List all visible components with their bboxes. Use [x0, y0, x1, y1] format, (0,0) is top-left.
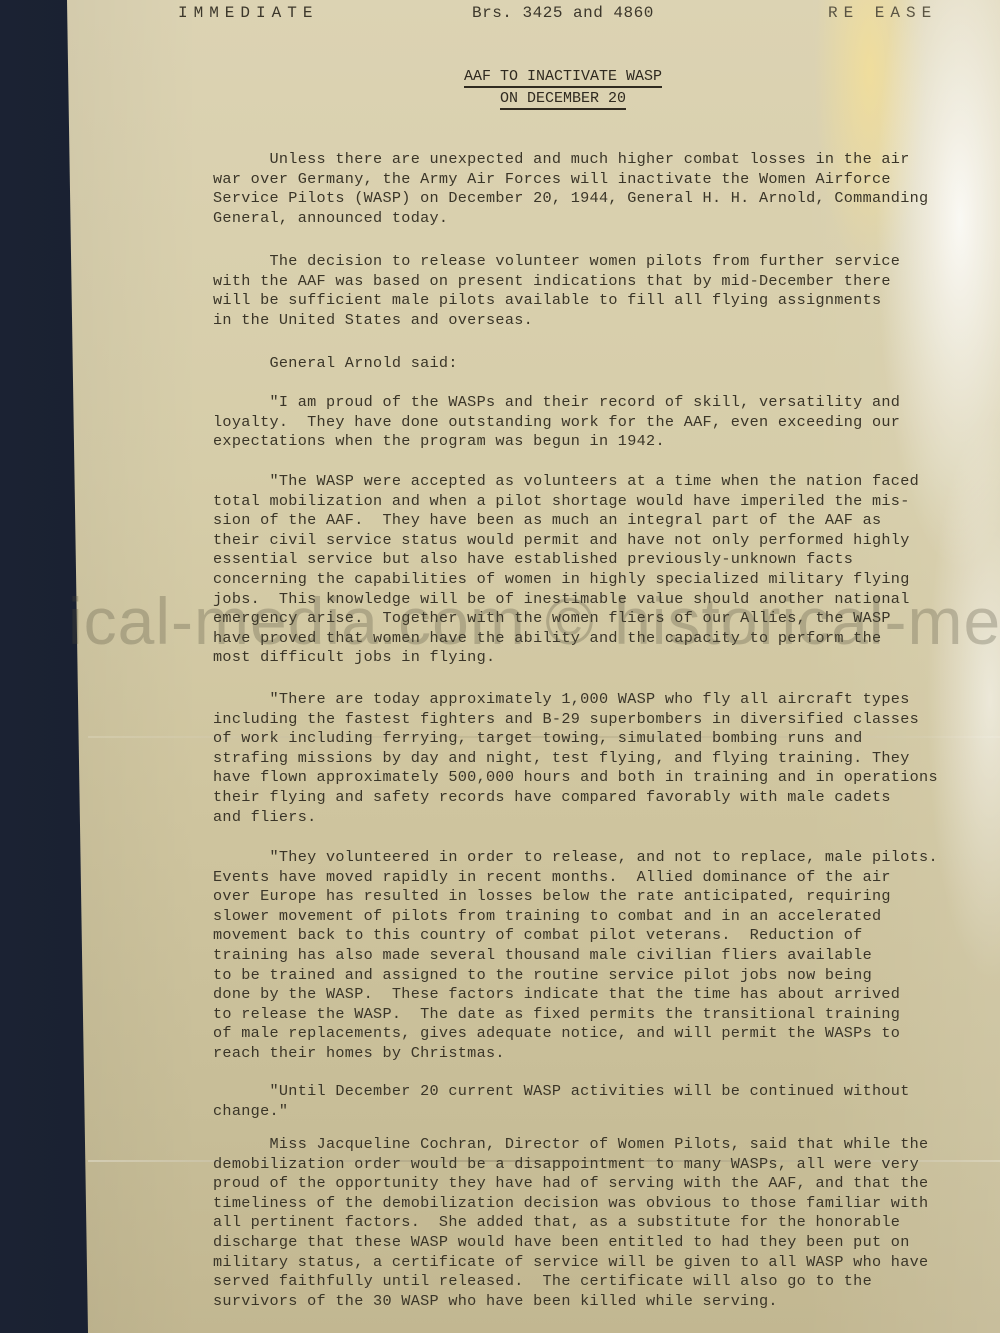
text-line: change."	[213, 1102, 973, 1122]
text-line: to be trained and assigned to the routin…	[213, 966, 973, 986]
text-line: sion of the AAF. They have been as much …	[213, 511, 973, 531]
text-line: The decision to release volunteer women …	[213, 252, 973, 272]
paragraph-quote-proud: "I am proud of the WASPs and their recor…	[213, 393, 973, 452]
headline-line-1: AAF TO INACTIVATE WASP	[300, 67, 826, 87]
text-line: demobilization order would be a disappoi…	[213, 1155, 973, 1175]
text-line: have flown approximately 500,000 hours a…	[213, 768, 973, 788]
text-line: loyalty. They have done outstanding work…	[213, 413, 973, 433]
text-line: "They volunteered in order to release, a…	[213, 848, 973, 868]
text-line: Events have moved rapidly in recent mont…	[213, 868, 973, 888]
text-line: over Europe has resulted in losses below…	[213, 887, 973, 907]
text-line: done by the WASP. These factors indicate…	[213, 985, 973, 1005]
headline-line-2: ON DECEMBER 20	[300, 89, 826, 109]
text-line: military status, a certificate of servic…	[213, 1253, 973, 1273]
paragraph-cochran: Miss Jacqueline Cochran, Director of Wom…	[213, 1135, 973, 1311]
text-line: including the fastest fighters and B-29 …	[213, 710, 973, 730]
text-line: with the AAF was based on present indica…	[213, 272, 973, 292]
paragraph-arnold-said: General Arnold said:	[213, 354, 973, 374]
text-line: served faithfully until released. The ce…	[213, 1272, 973, 1292]
text-line: have proved that women have the ability …	[213, 629, 973, 649]
text-line: "There are today approximately 1,000 WAS…	[213, 690, 973, 710]
text-line: of male replacements, gives adequate not…	[213, 1024, 973, 1044]
text-line: war over Germany, the Army Air Forces wi…	[213, 170, 973, 190]
text-line: "Until December 20 current WASP activiti…	[213, 1082, 973, 1102]
text-line: training has also made several thousand …	[213, 946, 973, 966]
paragraph-quote-1000-wasp: "There are today approximately 1,000 WAS…	[213, 690, 973, 827]
header-immediate: IMMEDIATE	[178, 4, 318, 24]
text-line: emergency arise. Together with the women…	[213, 609, 973, 629]
headline-text-2: ON DECEMBER 20	[500, 90, 626, 110]
text-line: "The WASP were accepted as volunteers at…	[213, 472, 973, 492]
text-line: reach their homes by Christmas.	[213, 1044, 973, 1064]
text-line: proud of the opportunity they have had o…	[213, 1174, 973, 1194]
text-line: survivors of the 30 WASP who have been k…	[213, 1292, 973, 1312]
text-line: movement back to this country of combat …	[213, 926, 973, 946]
text-line: of work including ferrying, target towin…	[213, 729, 973, 749]
paragraph-decision: The decision to release volunteer women …	[213, 252, 973, 330]
text-line: timeliness of the demobilization decisio…	[213, 1194, 973, 1214]
text-line: all pertinent factors. She added that, a…	[213, 1213, 973, 1233]
text-line: most difficult jobs in flying.	[213, 648, 973, 668]
text-line: expectations when the program was begun …	[213, 432, 973, 452]
text-line: General Arnold said:	[213, 354, 973, 374]
paragraph-quote-volunteers: "The WASP were accepted as volunteers at…	[213, 472, 973, 668]
text-line: in the United States and overseas.	[213, 311, 973, 331]
text-line: discharge that these WASP would have bee…	[213, 1233, 973, 1253]
text-line: jobs. This knowledge will be of inestima…	[213, 590, 973, 610]
paragraph-quote-release: "They volunteered in order to release, a…	[213, 848, 973, 1064]
text-line: their flying and safety records have com…	[213, 788, 973, 808]
text-line: concerning the capabilities of women in …	[213, 570, 973, 590]
text-line: General, announced today.	[213, 209, 973, 229]
paragraph-quote-until-dec-20: "Until December 20 current WASP activiti…	[213, 1082, 973, 1121]
text-line: total mobilization and when a pilot shor…	[213, 492, 973, 512]
text-line: and fliers.	[213, 808, 973, 828]
headline-text-1: AAF TO INACTIVATE WASP	[464, 68, 662, 88]
text-line: will be sufficient male pilots available…	[213, 291, 973, 311]
text-line: strafing missions by day and night, test…	[213, 749, 973, 769]
text-line: slower movement of pilots from training …	[213, 907, 973, 927]
header-bureau-numbers: Brs. 3425 and 4860	[472, 4, 654, 24]
text-line: "I am proud of the WASPs and their recor…	[213, 393, 973, 413]
paragraph-intro: Unless there are unexpected and much hig…	[213, 150, 973, 228]
text-line: to release the WASP. The date as fixed p…	[213, 1005, 973, 1025]
text-line: Service Pilots (WASP) on December 20, 19…	[213, 189, 973, 209]
text-line: their civil service status would permit …	[213, 531, 973, 551]
header-release: RE EASE	[828, 4, 937, 24]
press-release-document: IMMEDIATE Brs. 3425 and 4860 RE EASE AAF…	[0, 0, 1000, 1333]
text-line: Unless there are unexpected and much hig…	[213, 150, 973, 170]
text-line: Miss Jacqueline Cochran, Director of Wom…	[213, 1135, 973, 1155]
text-line: essential service but also have establis…	[213, 550, 973, 570]
